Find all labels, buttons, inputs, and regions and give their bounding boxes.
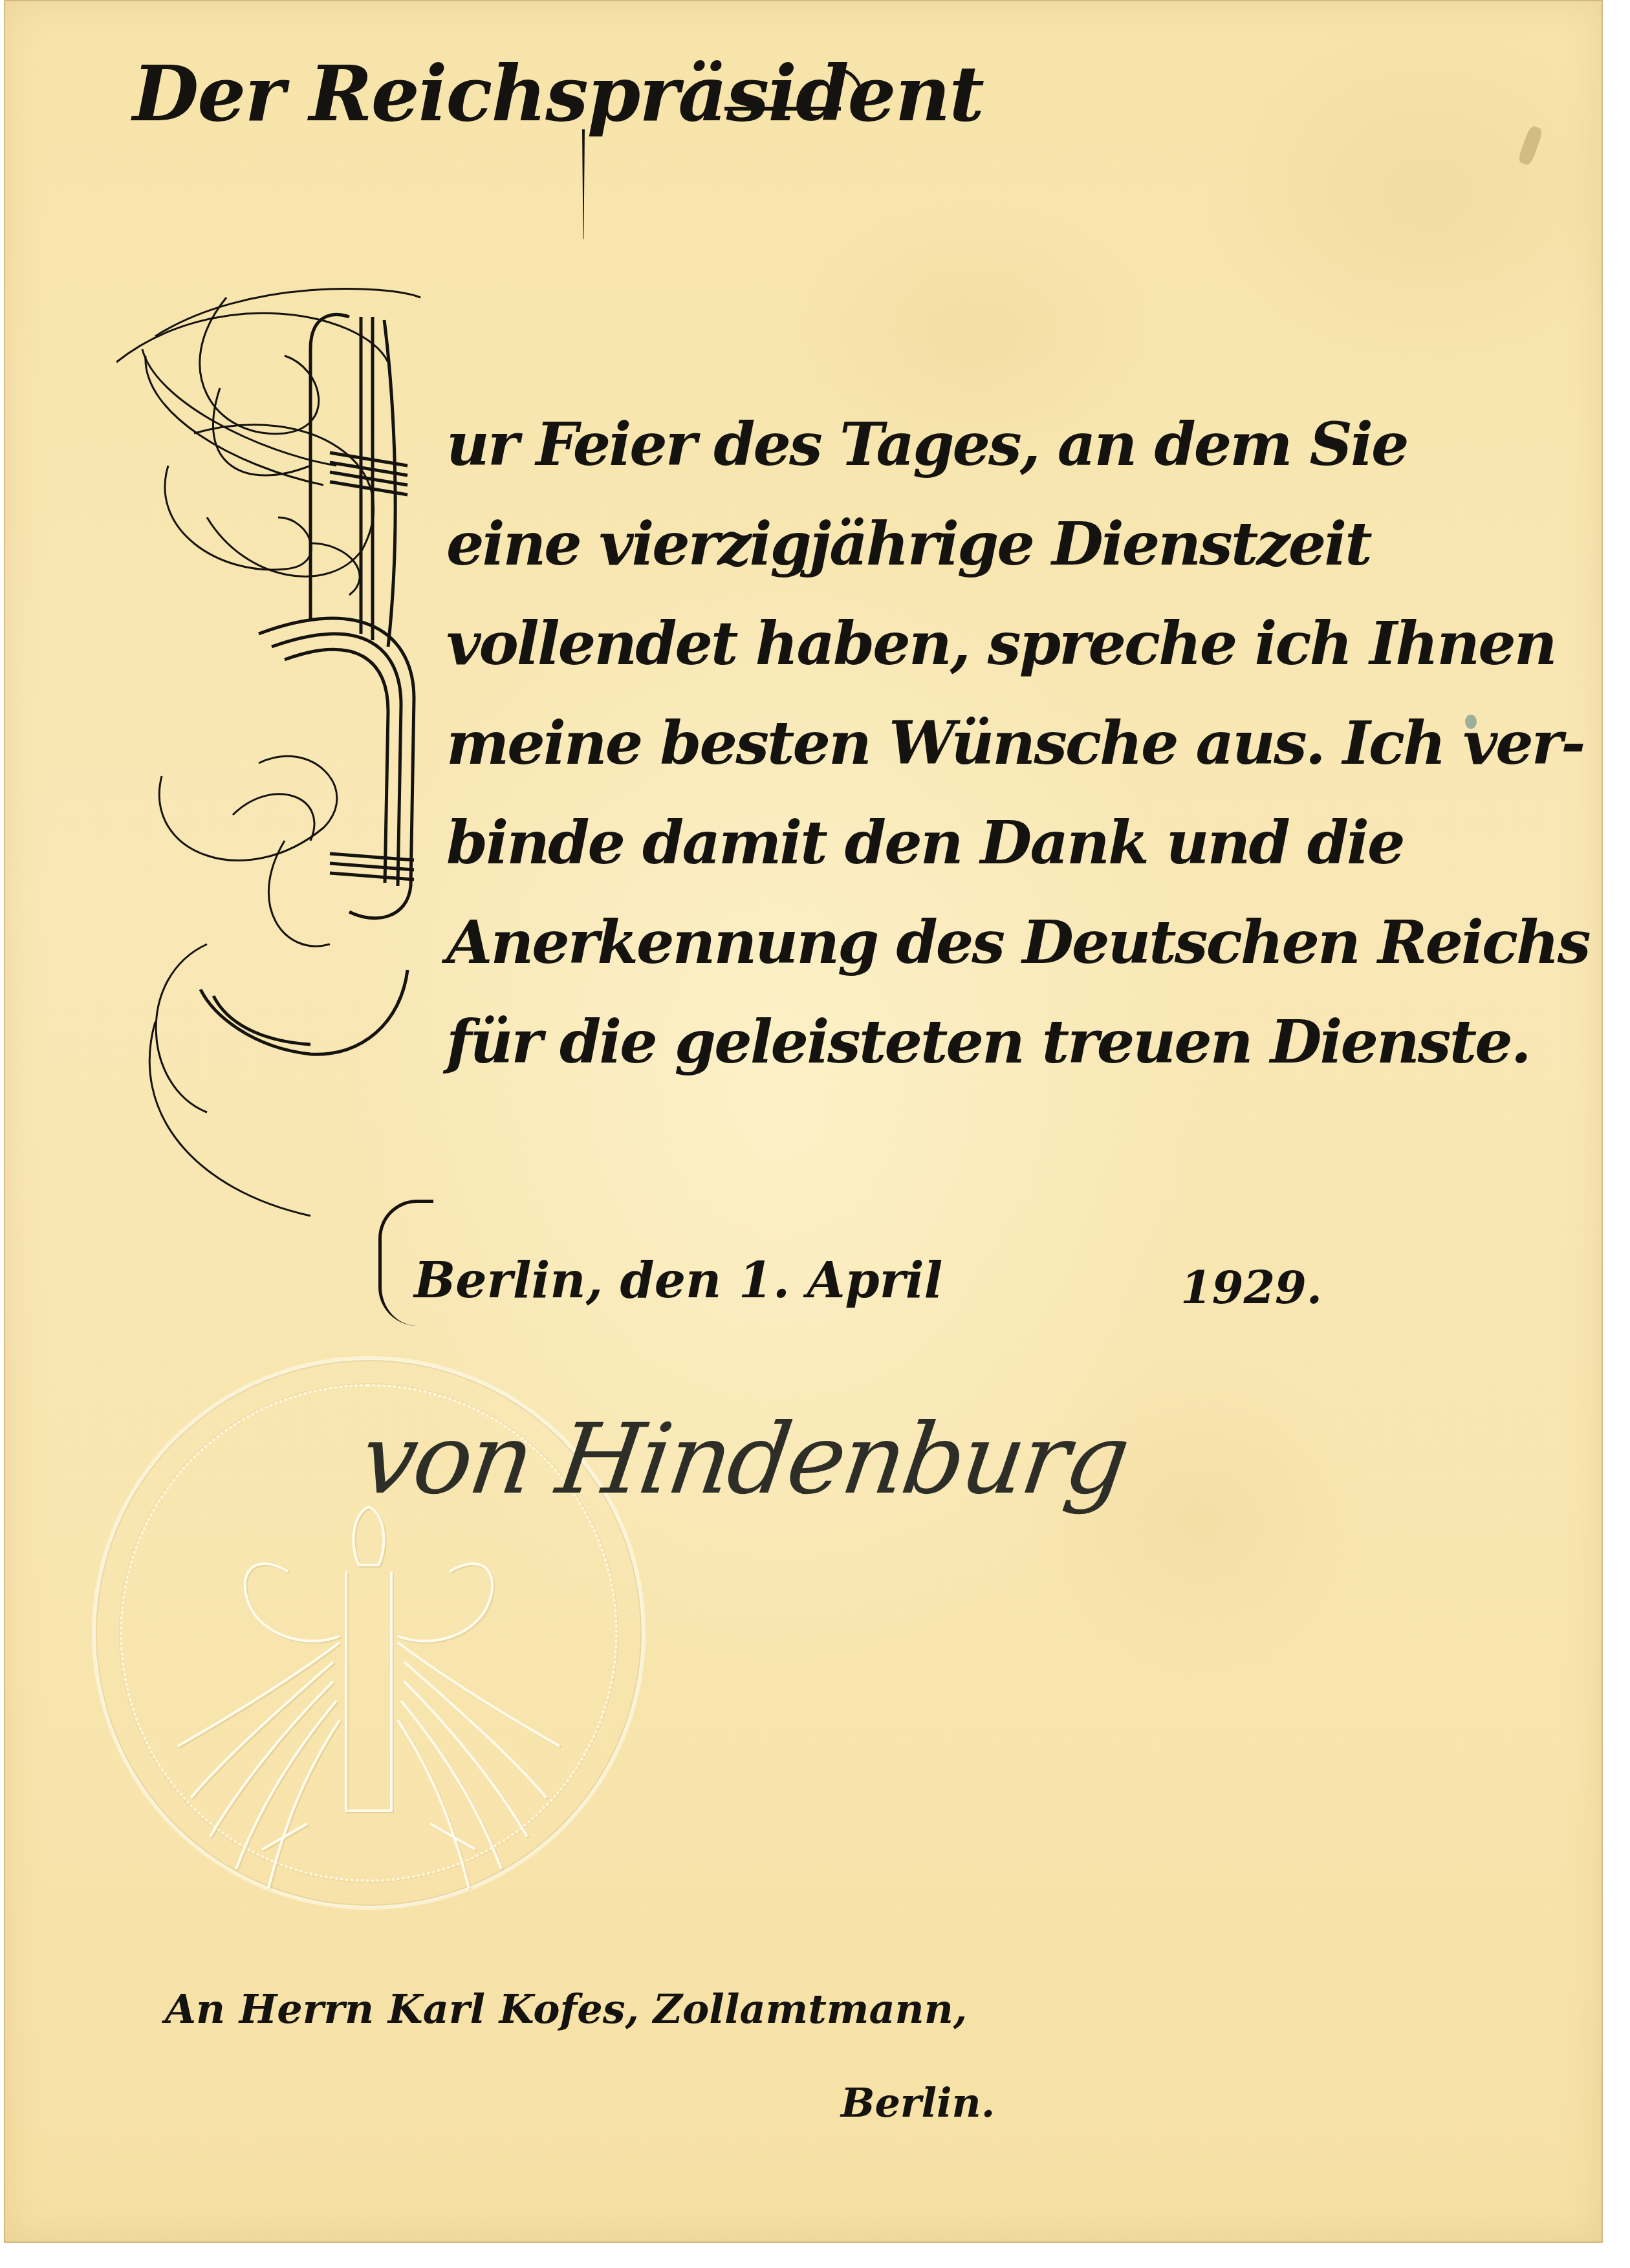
date-line: Berlin, den 1. April 1929. bbox=[414, 1251, 1320, 1309]
body-line-4: meine besten Wünsche aus. Ich ver- bbox=[446, 693, 1455, 793]
body-line-5: binde damit den Dank und die bbox=[446, 793, 1455, 892]
date-year: 1929. bbox=[1180, 1260, 1322, 1314]
header-flourish-rule bbox=[724, 107, 841, 111]
recipient-city: Berlin. bbox=[841, 2079, 995, 2126]
body-text: ur Feier des Tages, an dem Sie eine vier… bbox=[446, 394, 1455, 1092]
body-line-6: Anerkennung des Deutschen Reichs bbox=[446, 892, 1455, 992]
body-line-1: ur Feier des Tages, an dem Sie bbox=[446, 394, 1455, 494]
date-place-day: Berlin, den 1. April bbox=[414, 1251, 942, 1309]
body-line-3: vollendet haben, spreche ich Ihnen bbox=[446, 594, 1455, 693]
body-line-2: eine vierzigjährige Dienstzeit bbox=[446, 494, 1455, 594]
recipient-address: An Herrn Karl Kofes, Zollamtmann, Berlin… bbox=[165, 1985, 1070, 2033]
signature: von Hindenburg bbox=[354, 1403, 1470, 1516]
body-line-7: für die geleisteten treuen Dienste. bbox=[446, 992, 1455, 1092]
recipient-line: An Herrn Karl Kofes, Zollamtmann, bbox=[165, 1985, 967, 2033]
ornamental-initial-z-icon bbox=[116, 272, 479, 1268]
